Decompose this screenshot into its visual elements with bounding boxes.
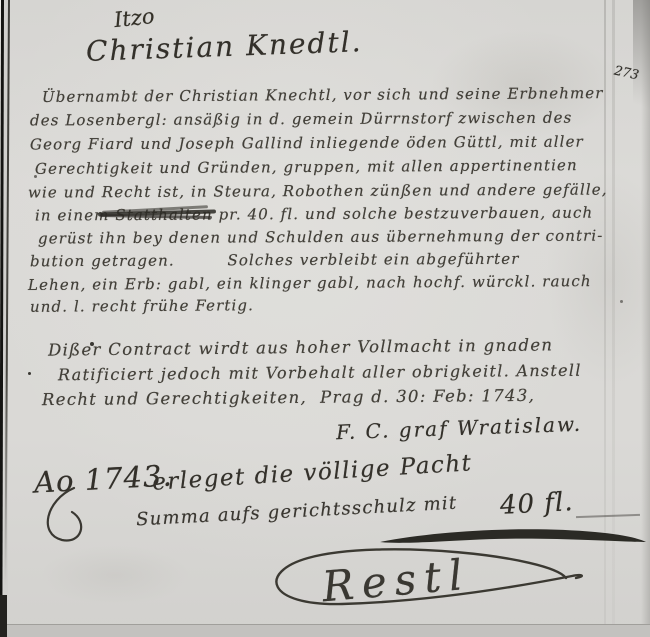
official-signature: F. C. graf Wratislaw. <box>336 412 583 445</box>
contract-text-line: und. l. recht frühe Fertig. <box>30 296 254 316</box>
payment-amount: 40 fl. <box>499 487 574 521</box>
manuscript-page: 273 Itzo Christian Knedtl. Übernambt der… <box>0 0 650 637</box>
ink-speck <box>28 372 31 375</box>
ink-speck <box>90 342 94 346</box>
contract-text-line: Lehen, ein Erb: gabl, ein klinger gabl, … <box>28 272 592 294</box>
paper-stain <box>40 545 190 605</box>
ratification-line: Dißer Contract wirdt aus hoher Vollmacht… <box>48 335 553 359</box>
ratification-line: Ratificiert jedoch mit Vorbehalt aller o… <box>58 361 582 385</box>
dash-after-amount <box>576 514 640 518</box>
contract-text-line: Gerechtigkeit und Gründen, gruppen, mit … <box>35 156 578 178</box>
contract-text-line: bution getragen. Solches verbleibt ein a… <box>30 250 520 271</box>
contract-text-line: des Losenbergl: ansäßig in d. gemein Dür… <box>30 109 572 130</box>
payment-line-1: erleget die völlige Pacht <box>152 450 474 496</box>
contract-text-line: Georg Fiard und Joseph Gallind inliegend… <box>30 133 584 154</box>
entry-heading: Christian Knedtl. <box>86 25 364 68</box>
ink-speck <box>34 175 37 178</box>
contract-text-line: Übernambt der Christian Knechtl, vor sic… <box>42 84 604 106</box>
year-flourish <box>36 486 116 546</box>
contract-text-line: gerüst ihn bey denen und Schulden aus üb… <box>38 227 604 248</box>
contract-text-line: wie und Recht ist, in Steura, Robothen z… <box>28 180 608 201</box>
ratification-line: Recht und Gerechtigkeiten, Prag d. 30: F… <box>42 386 535 409</box>
entry-overline: Itzo <box>113 4 156 32</box>
corner-mark-bottom-left <box>0 595 7 637</box>
ink-speck <box>620 300 623 303</box>
